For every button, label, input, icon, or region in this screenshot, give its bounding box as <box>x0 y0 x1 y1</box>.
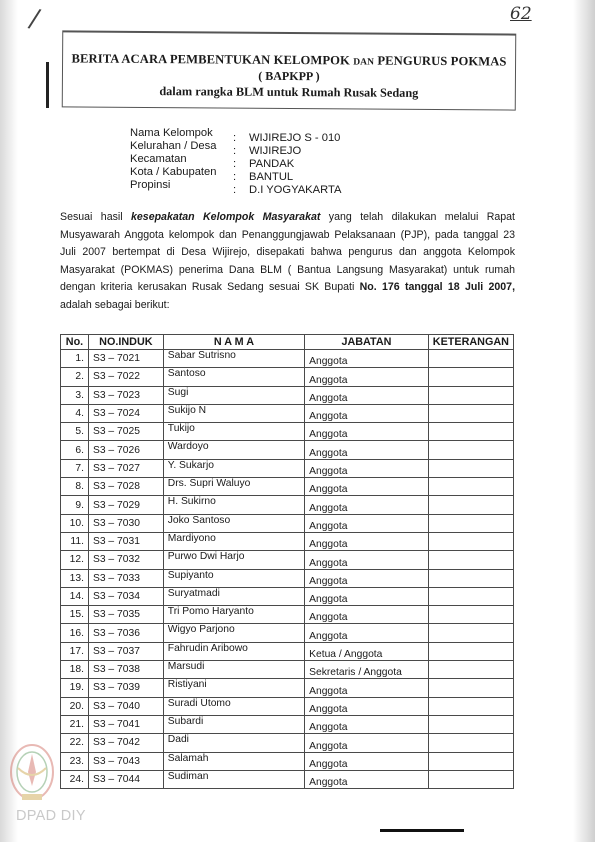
table-row: 16.S3 – 7036Wigyo ParjonoAnggota <box>61 624 514 642</box>
cell-jabatan: Anggota <box>305 697 429 715</box>
cell-no: 7. <box>61 459 89 477</box>
table-row: 24.S3 – 7044SudimanAnggota <box>61 770 514 788</box>
column-header: No. <box>61 335 89 350</box>
cell-jabatan: Anggota <box>305 752 429 770</box>
table-header-row: No.NO.INDUKN A M AJABATANKETERANGAN <box>61 335 514 350</box>
para-emphasis: kesepakatan Kelompok Masyarakat <box>131 211 320 223</box>
cell-jabatan: Anggota <box>305 624 429 642</box>
info-label: Kecamatan <box>130 153 187 165</box>
cell-no: 12. <box>61 551 89 569</box>
scan-edge-right <box>573 0 595 842</box>
table-row: 7.S3 – 7027Y. SukarjoAnggota <box>61 459 514 477</box>
info-value: D.I YOGYAKARTA <box>249 184 341 196</box>
cell-keterangan <box>428 551 513 569</box>
cell-nama: Salamah <box>163 752 304 770</box>
info-separator: : <box>233 158 236 170</box>
cell-jabatan: Anggota <box>305 532 429 550</box>
cell-no: 4. <box>61 404 89 422</box>
table-row: 4.S3 – 7024Sukijo NAnggota <box>61 404 514 422</box>
info-value: WIJIREJO S - 010 <box>249 132 340 144</box>
cell-induk: S3 – 7042 <box>88 734 163 752</box>
cell-nama: Sukijo N <box>163 404 304 422</box>
info-label: Nama Kelompok <box>130 127 213 139</box>
cell-nama: Tri Pomo Haryanto <box>163 606 304 624</box>
cell-nama: H. Sukirno <box>163 496 304 514</box>
cell-jabatan: Anggota <box>305 350 429 368</box>
column-header: NO.INDUK <box>88 335 163 350</box>
cell-induk: S3 – 7029 <box>88 496 163 514</box>
cell-nama: Sugi <box>163 386 304 404</box>
table-row: 14.S3 – 7034SuryatmadiAnggota <box>61 587 514 605</box>
cell-no: 20. <box>61 697 89 715</box>
info-value: WIJIREJO <box>249 145 301 157</box>
cell-keterangan <box>428 624 513 642</box>
info-label: Kota / Kabupaten <box>130 166 216 178</box>
margin-bar <box>46 62 49 108</box>
cell-jabatan: Ketua / Anggota <box>305 642 429 660</box>
cell-keterangan <box>428 569 513 587</box>
cell-induk: S3 – 7036 <box>88 624 163 642</box>
cell-keterangan <box>428 661 513 679</box>
cell-no: 16. <box>61 624 89 642</box>
cell-jabatan: Anggota <box>305 386 429 404</box>
cell-keterangan <box>428 587 513 605</box>
cell-keterangan <box>428 715 513 733</box>
cell-no: 19. <box>61 679 89 697</box>
cell-keterangan <box>428 770 513 788</box>
watermark: DPAD DIY <box>16 808 86 824</box>
cell-induk: S3 – 7031 <box>88 532 163 550</box>
cell-induk: S3 – 7044 <box>88 770 163 788</box>
cell-jabatan: Anggota <box>305 368 429 386</box>
cell-induk: S3 – 7021 <box>88 350 163 368</box>
cell-no: 11. <box>61 532 89 550</box>
table-row: 11.S3 – 7031MardiyonoAnggota <box>61 532 514 550</box>
cell-nama: Suradi Utomo <box>163 697 304 715</box>
title-box: BERITA ACARA PEMBENTUKAN KELOMPOK DAN PE… <box>62 30 517 110</box>
cell-induk: S3 – 7024 <box>88 404 163 422</box>
table-row: 9.S3 – 7029H. SukirnoAnggota <box>61 496 514 514</box>
cell-no: 3. <box>61 386 89 404</box>
cell-nama: Ristiyani <box>163 679 304 697</box>
table-row: 23.S3 – 7043SalamahAnggota <box>61 752 514 770</box>
table-row: 15.S3 – 7035Tri Pomo HaryantoAnggota <box>61 606 514 624</box>
cell-keterangan <box>428 404 513 422</box>
document-subtitle-abbrev: ( BAPKPP ) <box>63 67 515 85</box>
cell-keterangan <box>428 441 513 459</box>
info-value: BANTUL <box>249 171 293 183</box>
cell-jabatan: Anggota <box>305 587 429 605</box>
info-value: PANDAK <box>249 158 294 170</box>
cell-keterangan <box>428 350 513 368</box>
cell-jabatan: Anggota <box>305 734 429 752</box>
cell-jabatan: Anggota <box>305 459 429 477</box>
cell-no: 2. <box>61 368 89 386</box>
table-row: 1.S3 – 7021Sabar SutrisnoAnggota <box>61 350 514 368</box>
cell-induk: S3 – 7026 <box>88 441 163 459</box>
cell-nama: Joko Santoso <box>163 514 304 532</box>
info-separator: : <box>233 171 236 183</box>
cell-nama: Subardi <box>163 715 304 733</box>
info-label: Propinsi <box>130 179 170 191</box>
cell-keterangan <box>428 734 513 752</box>
table-row: 8.S3 – 7028Drs. Supri WaluyoAnggota <box>61 478 514 496</box>
info-separator: : <box>233 132 236 144</box>
scan-edge-left <box>0 0 18 842</box>
cell-jabatan: Sekretaris / Anggota <box>305 661 429 679</box>
cell-keterangan <box>428 697 513 715</box>
info-label: Kelurahan / Desa <box>130 140 216 152</box>
cell-nama: Purwo Dwi Harjo <box>163 551 304 569</box>
cell-nama: Wigyo Parjono <box>163 624 304 642</box>
cell-keterangan <box>428 478 513 496</box>
cell-nama: Fahrudin Aribowo <box>163 642 304 660</box>
cell-nama: Mardiyono <box>163 532 304 550</box>
cell-nama: Suryatmadi <box>163 587 304 605</box>
para-text: adalah sebagai berikut: <box>60 299 170 311</box>
cell-jabatan: Anggota <box>305 496 429 514</box>
table-row: 10.S3 – 7030Joko SantosoAnggota <box>61 514 514 532</box>
cell-induk: S3 – 7043 <box>88 752 163 770</box>
title-part: PENGURUS POKMAS <box>374 54 507 69</box>
intro-paragraph: Sesuai hasil kesepakatan Kelompok Masyar… <box>60 209 515 314</box>
cell-nama: Drs. Supri Waluyo <box>163 478 304 496</box>
cell-induk: S3 – 7034 <box>88 587 163 605</box>
cell-keterangan <box>428 606 513 624</box>
cell-keterangan <box>428 423 513 441</box>
cell-no: 1. <box>61 350 89 368</box>
cell-nama: Y. Sukarjo <box>163 459 304 477</box>
cell-no: 15. <box>61 606 89 624</box>
cell-jabatan: Anggota <box>305 423 429 441</box>
table-row: 13.S3 – 7033SupiyantoAnggota <box>61 569 514 587</box>
cell-nama: Dadi <box>163 734 304 752</box>
corner-mark: / <box>26 3 42 34</box>
cell-no: 10. <box>61 514 89 532</box>
members-table: No.NO.INDUKN A M AJABATANKETERANGAN 1.S3… <box>60 334 514 789</box>
cell-jabatan: Anggota <box>305 679 429 697</box>
cell-no: 5. <box>61 423 89 441</box>
cell-jabatan: Anggota <box>305 569 429 587</box>
table-row: 17.S3 – 7037Fahrudin AribowoKetua / Angg… <box>61 642 514 660</box>
cell-no: 6. <box>61 441 89 459</box>
cell-induk: S3 – 7030 <box>88 514 163 532</box>
cell-nama: Sabar Sutrisno <box>163 350 304 368</box>
cell-jabatan: Anggota <box>305 478 429 496</box>
table-row: 12.S3 – 7032Purwo Dwi HarjoAnggota <box>61 551 514 569</box>
cell-nama: Tukijo <box>163 423 304 441</box>
table-row: 5.S3 – 7025TukijoAnggota <box>61 423 514 441</box>
cell-induk: S3 – 7038 <box>88 661 163 679</box>
cell-nama: Supiyanto <box>163 569 304 587</box>
cell-no: 24. <box>61 770 89 788</box>
table-row: 19.S3 – 7039RistiyaniAnggota <box>61 679 514 697</box>
table-row: 6.S3 – 7026WardoyoAnggota <box>61 441 514 459</box>
cell-keterangan <box>428 459 513 477</box>
table-row: 20.S3 – 7040Suradi UtomoAnggota <box>61 697 514 715</box>
cell-induk: S3 – 7039 <box>88 679 163 697</box>
column-header: N A M A <box>163 335 304 350</box>
cell-nama: Sudiman <box>163 770 304 788</box>
table-row: 22.S3 – 7042DadiAnggota <box>61 734 514 752</box>
cell-no: 14. <box>61 587 89 605</box>
cell-induk: S3 – 7040 <box>88 697 163 715</box>
cell-nama: Santoso <box>163 368 304 386</box>
cell-jabatan: Anggota <box>305 715 429 733</box>
cell-no: 22. <box>61 734 89 752</box>
coat-of-arms-icon <box>8 742 56 806</box>
cell-keterangan <box>428 386 513 404</box>
cell-keterangan <box>428 496 513 514</box>
cell-induk: S3 – 7023 <box>88 386 163 404</box>
document-subtitle: dalam rangka BLM untuk Rumah Rusak Sedan… <box>63 83 515 101</box>
cell-induk: S3 – 7022 <box>88 368 163 386</box>
column-header: JABATAN <box>305 335 429 350</box>
table-row: 18.S3 – 7038MarsudiSekretaris / Anggota <box>61 661 514 679</box>
column-header: KETERANGAN <box>428 335 513 350</box>
cell-no: 9. <box>61 496 89 514</box>
cell-no: 23. <box>61 752 89 770</box>
para-text: Sesuai hasil <box>60 211 131 223</box>
cell-jabatan: Anggota <box>305 606 429 624</box>
cell-no: 17. <box>61 642 89 660</box>
cell-induk: S3 – 7032 <box>88 551 163 569</box>
cell-induk: S3 – 7041 <box>88 715 163 733</box>
cell-no: 18. <box>61 661 89 679</box>
bottom-redaction-bar <box>380 829 464 832</box>
cell-induk: S3 – 7027 <box>88 459 163 477</box>
cell-jabatan: Anggota <box>305 770 429 788</box>
title-part: BERITA ACARA PEMBENTUKAN KELOMPOK <box>72 51 354 67</box>
info-separator: : <box>233 145 236 157</box>
cell-keterangan <box>428 752 513 770</box>
cell-keterangan <box>428 368 513 386</box>
table-row: 21.S3 – 7041SubardiAnggota <box>61 715 514 733</box>
handwritten-page-number: 62 <box>510 4 532 24</box>
cell-keterangan <box>428 679 513 697</box>
cell-keterangan <box>428 642 513 660</box>
cell-jabatan: Anggota <box>305 441 429 459</box>
cell-induk: S3 – 7033 <box>88 569 163 587</box>
cell-nama: Wardoyo <box>163 441 304 459</box>
document-title: BERITA ACARA PEMBENTUKAN KELOMPOK DAN PE… <box>63 51 515 69</box>
cell-no: 8. <box>61 478 89 496</box>
cell-induk: S3 – 7037 <box>88 642 163 660</box>
title-part-small: DAN <box>353 57 374 67</box>
cell-jabatan: Anggota <box>305 404 429 422</box>
cell-keterangan <box>428 532 513 550</box>
cell-no: 21. <box>61 715 89 733</box>
cell-no: 13. <box>61 569 89 587</box>
cell-induk: S3 – 7035 <box>88 606 163 624</box>
cell-keterangan <box>428 514 513 532</box>
table-row: 2.S3 – 7022SantosoAnggota <box>61 368 514 386</box>
cell-jabatan: Anggota <box>305 514 429 532</box>
sk-reference: No. 176 tanggal 18 Juli 2007, <box>360 281 515 293</box>
cell-nama: Marsudi <box>163 661 304 679</box>
cell-induk: S3 – 7028 <box>88 478 163 496</box>
info-separator: : <box>233 184 236 196</box>
cell-jabatan: Anggota <box>305 551 429 569</box>
cell-induk: S3 – 7025 <box>88 423 163 441</box>
table-row: 3.S3 – 7023SugiAnggota <box>61 386 514 404</box>
